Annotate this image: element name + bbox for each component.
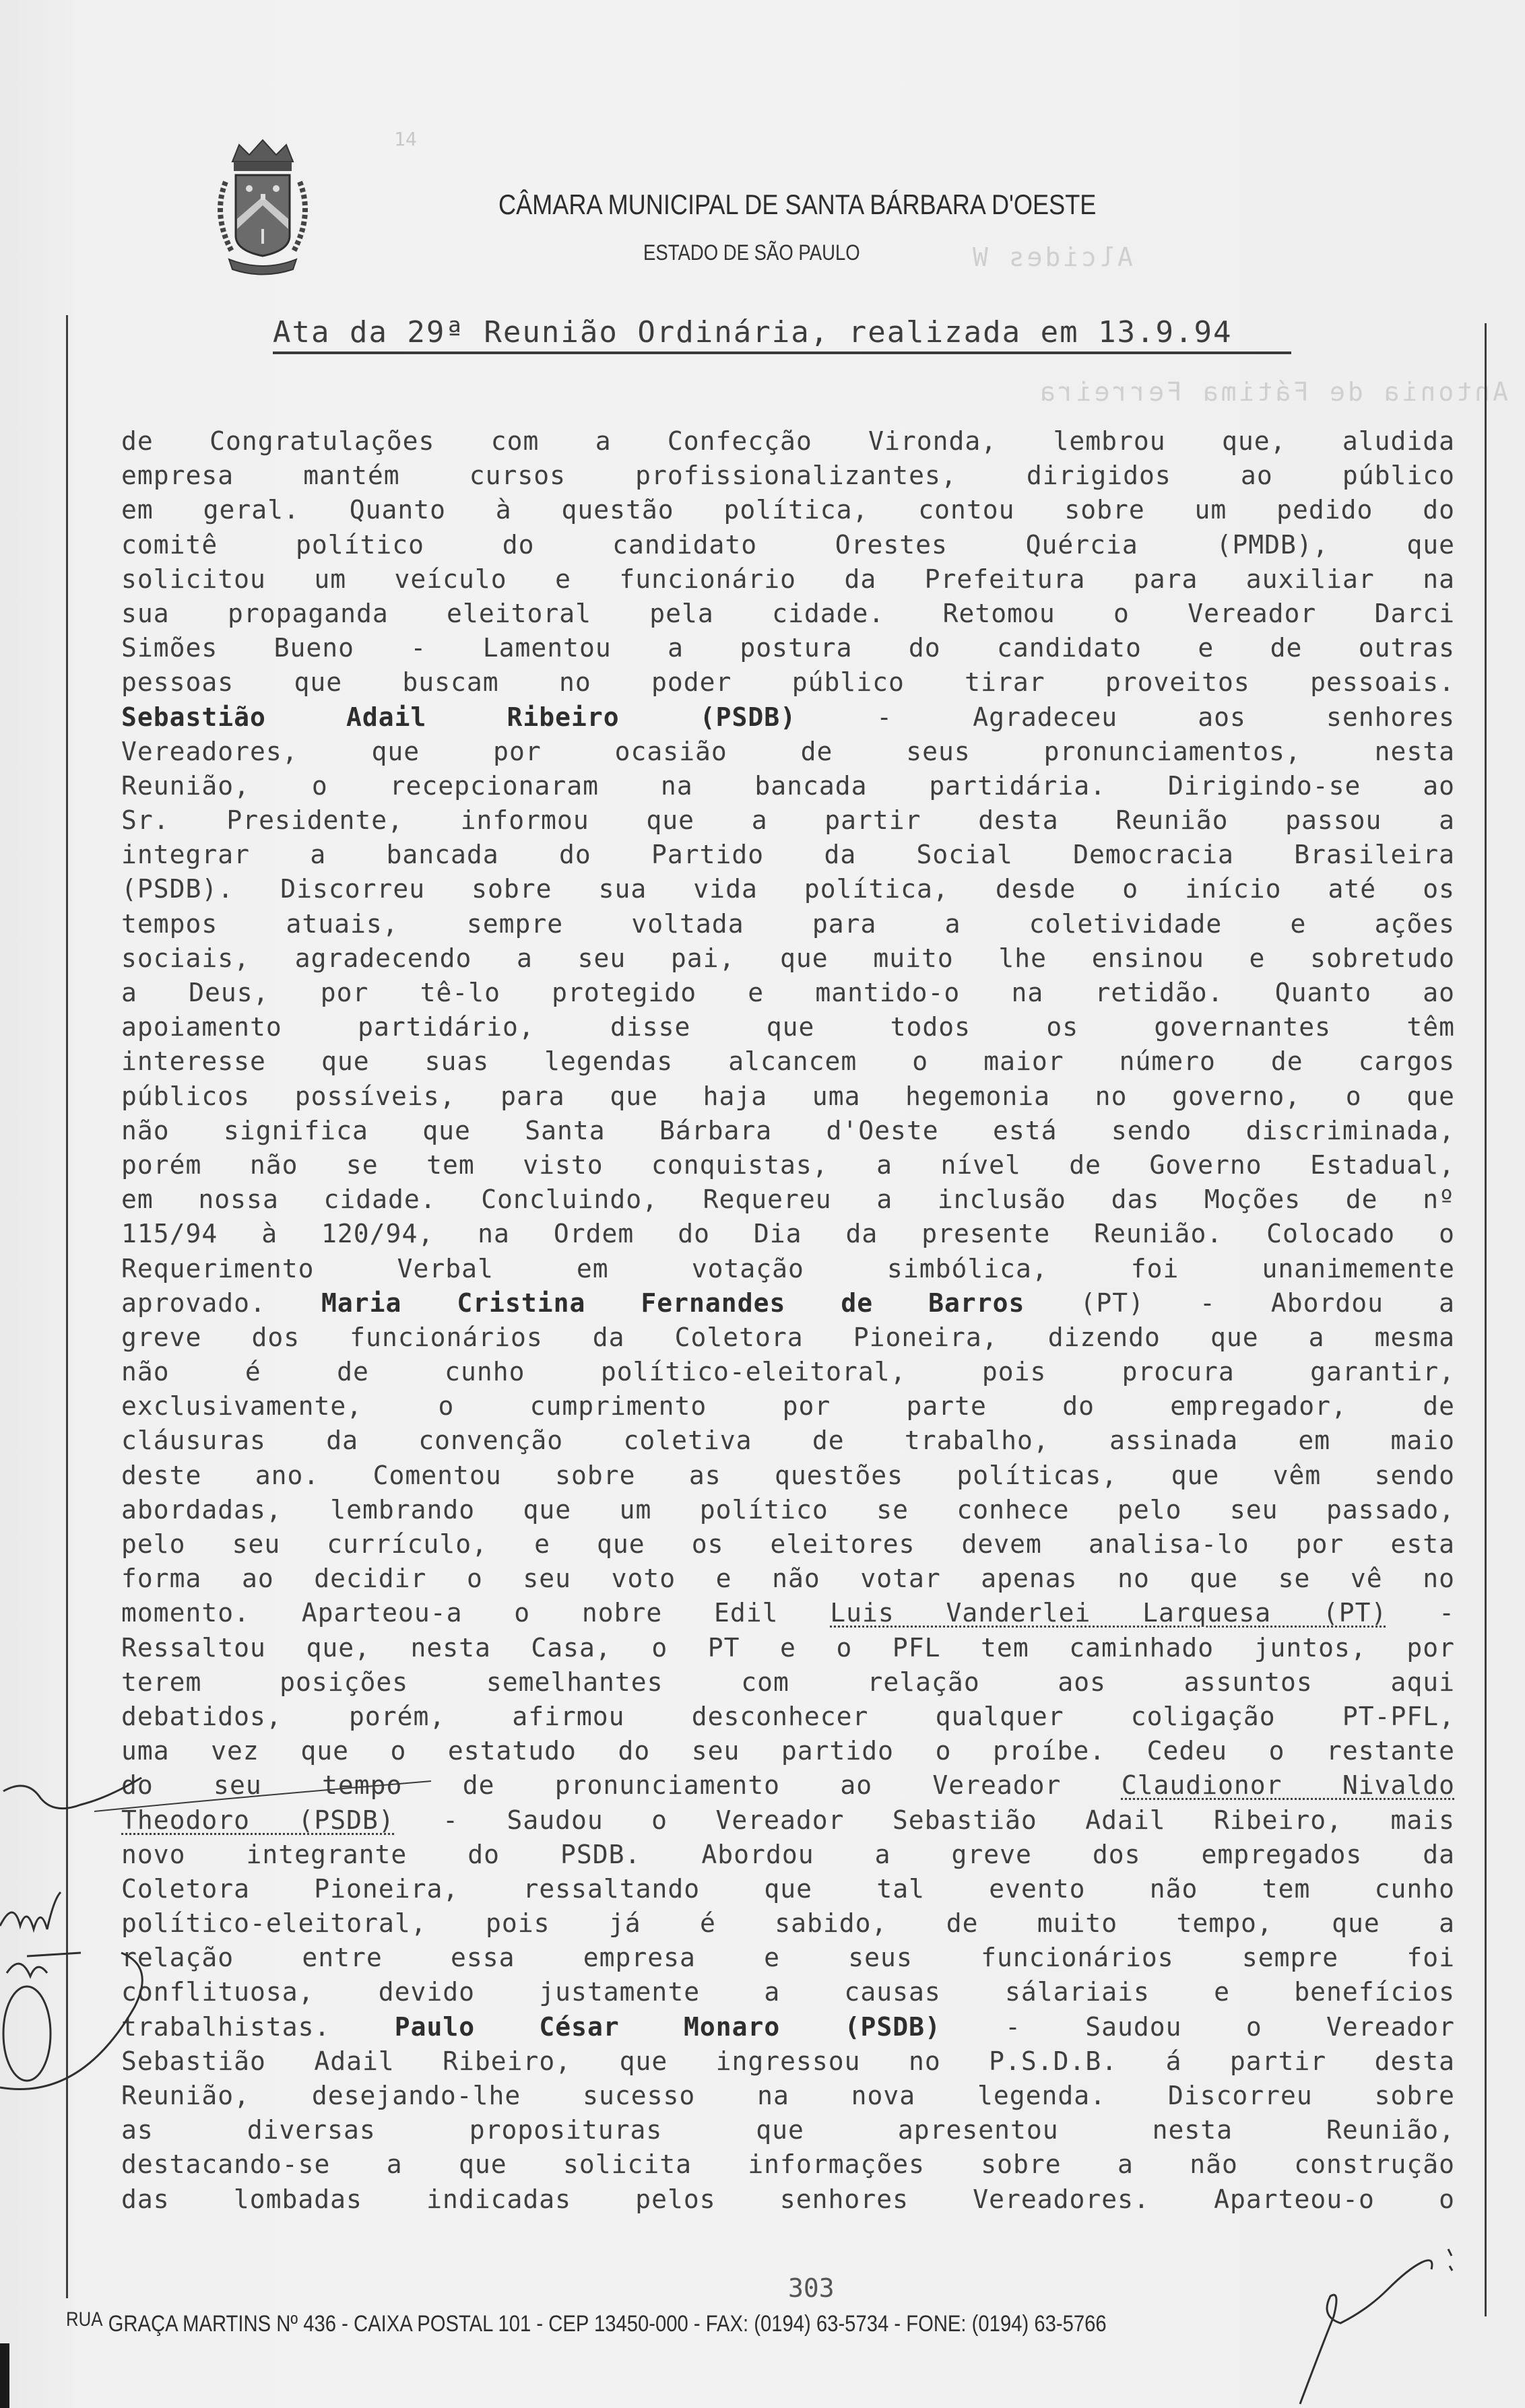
text-segment: pelo seu currículo, e que os eleitores d… [121, 1529, 1455, 1559]
state-name: ESTADO DE SÃO PAULO [643, 240, 860, 265]
text-segment: Reunião, o recepcionaram na bancada part… [121, 771, 1455, 801]
text-line: das lombadas indicadas pelos senhores Ve… [121, 2182, 1455, 2217]
municipal-coat-of-arms-icon [205, 135, 320, 283]
text-segment: Requerimento Verbal em votação simbólica… [121, 1254, 1455, 1283]
text-segment: Coletora Pioneira, ressaltando que tal e… [121, 1874, 1455, 1904]
text-segment: das lombadas indicadas pelos senhores Ve… [121, 2184, 1455, 2214]
text-segment: Ressaltou que, nesta Casa, o PT e o PFL … [121, 1633, 1455, 1663]
text-segment: solicitou um veículo e funcionário da Pr… [121, 564, 1455, 594]
text-segment: tempos atuais, sempre voltada para a col… [121, 909, 1455, 939]
text-segment: não significa que Santa Bárbara d'Oeste … [121, 1116, 1455, 1145]
text-line: conflituosa, devido justamente a causas … [121, 1975, 1455, 2009]
scan-edge [0, 2343, 9, 2408]
text-segment: Sebastião Adail Ribeiro, que ingressou n… [121, 2046, 1455, 2076]
text-segment: exclusivamente, o cumprimento por parte … [121, 1391, 1455, 1421]
text-segment: não é de cunho político-eleitoral, pois … [121, 1357, 1455, 1386]
text-segment: em nossa cidade. Concluindo, Requereu a … [121, 1184, 1455, 1214]
text-line: terem posições semelhantes com relação a… [121, 1665, 1455, 1700]
text-segment: de Congratulações com a Confecção Virond… [121, 426, 1455, 456]
text-segment: interesse que suas legendas alcancem o m… [121, 1046, 1455, 1076]
text-segment: Sr. Presidente, informou que a partir de… [121, 805, 1455, 835]
bleed-through-text: Alcides W [970, 242, 1133, 272]
text-line: deste ano. Comentou sobre as questões po… [121, 1459, 1455, 1493]
text-line: não significa que Santa Bárbara d'Oeste … [121, 1114, 1455, 1148]
text-segment: Simões Bueno - Lamentou a postura do can… [121, 633, 1455, 663]
text-segment: aprovado. [121, 1288, 321, 1318]
text-line: Vereadores, que por ocasião de seus pron… [121, 735, 1455, 769]
text-line: Requerimento Verbal em votação simbólica… [121, 1252, 1455, 1286]
text-segment: conflituosa, devido justamente a causas … [121, 1977, 1455, 2007]
text-line: pessoas que buscam no poder público tira… [121, 665, 1455, 700]
text-line: Reunião, desejando-lhe sucesso na nova l… [121, 2079, 1455, 2113]
text-segment: do seu tempo de pronunciamento ao Veread… [121, 1770, 1122, 1800]
right-margin-rule [1485, 323, 1487, 2316]
text-line: Ressaltou que, nesta Casa, o PT e o PFL … [121, 1631, 1455, 1665]
text-segment: - Saudou o Vereador Sebastião Adail Ribe… [395, 1805, 1455, 1835]
text-segment: 115/94 à 120/94, na Ordem do Dia da pres… [121, 1219, 1455, 1248]
text-line: Reunião, o recepcionaram na bancada part… [121, 769, 1455, 803]
text-line: do seu tempo de pronunciamento ao Veread… [121, 1768, 1455, 1803]
text-segment: Vereadores, que por ocasião de seus pron… [121, 737, 1455, 766]
speaker-name: Maria Cristina Fernandes de Barros [321, 1288, 1025, 1318]
text-line: Sr. Presidente, informou que a partir de… [121, 803, 1455, 838]
text-line: sociais, agradecendo a seu pai, que muit… [121, 941, 1455, 976]
text-segment: comitê político do candidato Orestes Qué… [121, 530, 1455, 560]
top-page-mark: 14 [394, 128, 417, 150]
text-segment: sua propaganda eleitoral pela cidade. Re… [121, 599, 1455, 628]
text-line: momento. Aparteou-a o nobre Edil Luis Va… [121, 1596, 1455, 1630]
text-line: exclusivamente, o cumprimento por parte … [121, 1389, 1455, 1424]
text-line: debatidos, porém, afirmou desconhecer qu… [121, 1700, 1455, 1734]
text-line: trabalhistas. Paulo César Monaro (PSDB) … [121, 2010, 1455, 2044]
text-segment: em geral. Quanto à questão política, con… [121, 495, 1455, 525]
text-line: (PSDB). Discorreu sobre sua vida polític… [121, 872, 1455, 906]
text-segment: empresa mantém cursos profissionalizante… [121, 461, 1455, 490]
text-segment: greve dos funcionários da Coletora Pione… [121, 1323, 1455, 1352]
text-segment: (PT) - Abordou a [1025, 1288, 1455, 1318]
footer-signature-icon [1293, 2242, 1482, 2408]
text-line: tempos atuais, sempre voltada para a col… [121, 907, 1455, 941]
text-segment: as diversas proposituras que apresentou … [121, 2115, 1455, 2145]
text-segment: públicos possíveis, para que haja uma he… [121, 1081, 1455, 1111]
text-segment: trabalhistas. [121, 2012, 395, 2042]
text-segment: cláusuras da convenção coletiva de traba… [121, 1426, 1455, 1455]
left-margin-rule [66, 315, 68, 2298]
text-line: pelo seu currículo, e que os eleitores d… [121, 1527, 1455, 1562]
text-line: Coletora Pioneira, ressaltando que tal e… [121, 1872, 1455, 1906]
text-segment: terem posições semelhantes com relação a… [121, 1667, 1455, 1697]
text-segment: apoiamento partidário, disse que todos o… [121, 1012, 1455, 1042]
text-line: sua propaganda eleitoral pela cidade. Re… [121, 597, 1455, 631]
underlined-name: Claudionor Nivaldo [1122, 1770, 1455, 1800]
text-segment: - [1387, 1598, 1455, 1628]
address-text: GRAÇA MARTINS Nº 436 - CAIXA POSTAL 101 … [108, 2311, 1107, 2337]
speaker-name: Paulo César Monaro (PSDB) [395, 2012, 941, 2042]
text-segment: político-eleitoral, pois já é sabido, de… [121, 1908, 1455, 1938]
underlined-name: Theodoro (PSDB) [121, 1805, 395, 1835]
text-line: as diversas proposituras que apresentou … [121, 2113, 1455, 2147]
text-segment: deste ano. Comentou sobre as questões po… [121, 1461, 1455, 1490]
speaker-name: Sebastião Adail Ribeiro (PSDB) [121, 702, 796, 732]
text-segment: a Deus, por tê-lo protegido e mantido-o … [121, 978, 1455, 1007]
text-segment: momento. Aparteou-a o nobre Edil [121, 1598, 830, 1628]
text-line: não é de cunho político-eleitoral, pois … [121, 1355, 1455, 1389]
text-line: greve dos funcionários da Coletora Pione… [121, 1320, 1455, 1355]
text-line: Theodoro (PSDB) - Saudou o Vereador Seba… [121, 1803, 1455, 1838]
text-segment: - Agradeceu aos senhores [796, 702, 1455, 732]
text-line: político-eleitoral, pois já é sabido, de… [121, 1906, 1455, 1941]
text-line: cláusuras da convenção coletiva de traba… [121, 1424, 1455, 1458]
text-segment: abordadas, lembrando que um político se … [121, 1495, 1455, 1525]
page-number: 303 [788, 2273, 835, 2303]
text-segment: novo integrante do PSDB. Abordou a greve… [121, 1840, 1455, 1869]
text-line: relação entre essa empresa e seus funcio… [121, 1941, 1455, 1975]
bleed-through-text: Antonia de Fátima Ferreira [1037, 377, 1508, 407]
text-line: destacando-se a que solicita informações… [121, 2147, 1455, 2182]
text-line: a Deus, por tê-lo protegido e mantido-o … [121, 976, 1455, 1010]
text-segment: debatidos, porém, afirmou desconhecer qu… [121, 1702, 1455, 1731]
text-segment: sociais, agradecendo a seu pai, que muit… [121, 943, 1455, 973]
minutes-body: de Congratulações com a Confecção Virond… [121, 424, 1455, 2217]
text-line: apoiamento partidário, disse que todos o… [121, 1010, 1455, 1044]
address-prefix: RUA [66, 2308, 102, 2331]
text-line: empresa mantém cursos profissionalizante… [121, 459, 1455, 493]
text-line: novo integrante do PSDB. Abordou a greve… [121, 1838, 1455, 1872]
text-line: porém não se tem visto conquistas, a nív… [121, 1148, 1455, 1182]
footer-address: RUA GRAÇA MARTINS Nº 436 - CAIXA POSTAL … [66, 2311, 1305, 2337]
text-line: em nossa cidade. Concluindo, Requereu a … [121, 1182, 1455, 1217]
text-segment: forma ao decidir o seu voto e não votar … [121, 1564, 1455, 1593]
text-segment: integrar a bancada do Partido da Social … [121, 840, 1455, 869]
text-line: solicitou um veículo e funcionário da Pr… [121, 562, 1455, 597]
text-line: de Congratulações com a Confecção Virond… [121, 424, 1455, 459]
text-line: Sebastião Adail Ribeiro (PSDB) - Agradec… [121, 700, 1455, 735]
minutes-title: Ata da 29ª Reunião Ordinária, realizada … [273, 315, 1291, 354]
text-line: Sebastião Adail Ribeiro, que ingressou n… [121, 2044, 1455, 2079]
text-line: forma ao decidir o seu voto e não votar … [121, 1562, 1455, 1596]
text-line: Simões Bueno - Lamentou a postura do can… [121, 631, 1455, 665]
text-line: públicos possíveis, para que haja uma he… [121, 1079, 1455, 1114]
text-segment: destacando-se a que solicita informações… [121, 2149, 1455, 2179]
text-line: em geral. Quanto à questão política, con… [121, 493, 1455, 527]
text-segment: (PSDB). Discorreu sobre sua vida polític… [121, 874, 1455, 904]
institution-name: CÂMARA MUNICIPAL DE SANTA BÁRBARA D'OEST… [498, 189, 1136, 221]
text-segment: pessoas que buscam no poder público tira… [121, 667, 1455, 697]
text-segment: - Saudou o Vereador [941, 2012, 1455, 2042]
document-page: 14 Alcides W Antonia de Fátima Ferreira … [0, 0, 1525, 2408]
text-line: integrar a bancada do Partido da Social … [121, 838, 1455, 872]
text-segment: Reunião, desejando-lhe sucesso na nova l… [121, 2081, 1455, 2110]
text-segment: uma vez que o estatudo do seu partido o … [121, 1736, 1455, 1766]
text-segment: relação entre essa empresa e seus funcio… [121, 1943, 1455, 1972]
text-line: uma vez que o estatudo do seu partido o … [121, 1734, 1455, 1768]
text-segment: porém não se tem visto conquistas, a nív… [121, 1150, 1455, 1180]
text-line: 115/94 à 120/94, na Ordem do Dia da pres… [121, 1217, 1455, 1251]
underlined-name: Luis Vanderlei Larquesa (PT) [830, 1598, 1387, 1628]
text-line: abordadas, lembrando que um político se … [121, 1493, 1455, 1527]
text-line: aprovado. Maria Cristina Fernandes de Ba… [121, 1286, 1455, 1320]
text-line: interesse que suas legendas alcancem o m… [121, 1044, 1455, 1079]
text-line: comitê político do candidato Orestes Qué… [121, 528, 1455, 562]
